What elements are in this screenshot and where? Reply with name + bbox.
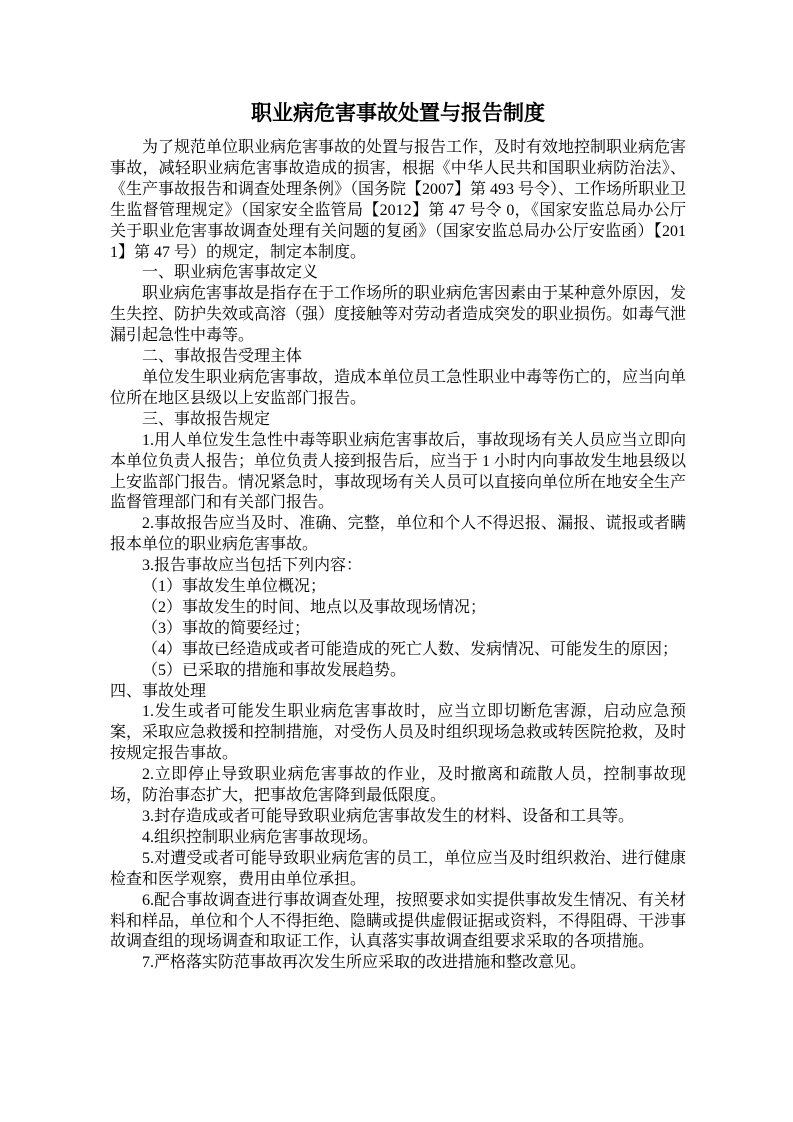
paragraph: 一、职业病危害事故定义 [110, 263, 686, 284]
document-body: 为了规范单位职业病危害事故的处置与报告工作，及时有效地控制职业病危害事故，减轻职… [110, 138, 686, 974]
paragraph: 单位发生职业病危害事故，造成本单位员工急性职业中毒等伤亡的，应当向单位所在地区县… [110, 368, 686, 410]
paragraph: 7.严格落实防范事故再次发生所应采取的改进措施和整改意见。 [110, 953, 686, 974]
paragraph: （1）事故发生单位概况； [110, 577, 686, 598]
paragraph: 为了规范单位职业病危害事故的处置与报告工作，及时有效地控制职业病危害事故，减轻职… [110, 138, 686, 263]
paragraph: （3）事故的简要经过； [110, 619, 686, 640]
paragraph: （5）已采取的措施和事故发展趋势。 [110, 661, 686, 682]
paragraph: 5.对遭受或者可能导致职业病危害的员工，单位应当及时组织救治、进行健康检查和医学… [110, 849, 686, 891]
paragraph: 2.立即停止导致职业病危害事故的作业，及时撤离和疏散人员，控制事故现场，防治事态… [110, 765, 686, 807]
document-page: 职业病危害事故处置与报告制度 为了规范单位职业病危害事故的处置与报告工作，及时有… [0, 0, 793, 1122]
paragraph: 2.事故报告应当及时、准确、完整，单位和个人不得迟报、漏报、谎报或者瞒报本单位的… [110, 514, 686, 556]
paragraph: 三、事故报告规定 [110, 410, 686, 431]
paragraph: 1.发生或者可能发生职业病危害事故时，应当立即切断危害源，启动应急预案，采取应急… [110, 702, 686, 765]
paragraph: 四、事故处理 [110, 682, 686, 703]
paragraph: 二、事故报告受理主体 [110, 347, 686, 368]
paragraph: 6.配合事故调查进行事故调查处理，按照要求如实提供事故发生情况、有关材料和样品，… [110, 891, 686, 954]
paragraph: 3.封存造成或者可能导致职业病危害事故发生的材料、设备和工具等。 [110, 807, 686, 828]
paragraph: 4.组织控制职业病危害事故现场。 [110, 828, 686, 849]
paragraph: 职业病危害事故是指存在于工作场所的职业病危害因素由于某种意外原因，发生失控、防护… [110, 284, 686, 347]
paragraph: （4）事故已经造成或者可能造成的死亡人数、发病情况、可能发生的原因； [110, 640, 686, 661]
paragraph: （2）事故发生的时间、地点以及事故现场情况； [110, 598, 686, 619]
paragraph: 3.报告事故应当包括下列内容： [110, 556, 686, 577]
document-title: 职业病危害事故处置与报告制度 [110, 97, 686, 129]
paragraph: 1.用人单位发生急性中毒等职业病危害事故后，事故现场有关人员应当立即向本单位负责… [110, 431, 686, 515]
